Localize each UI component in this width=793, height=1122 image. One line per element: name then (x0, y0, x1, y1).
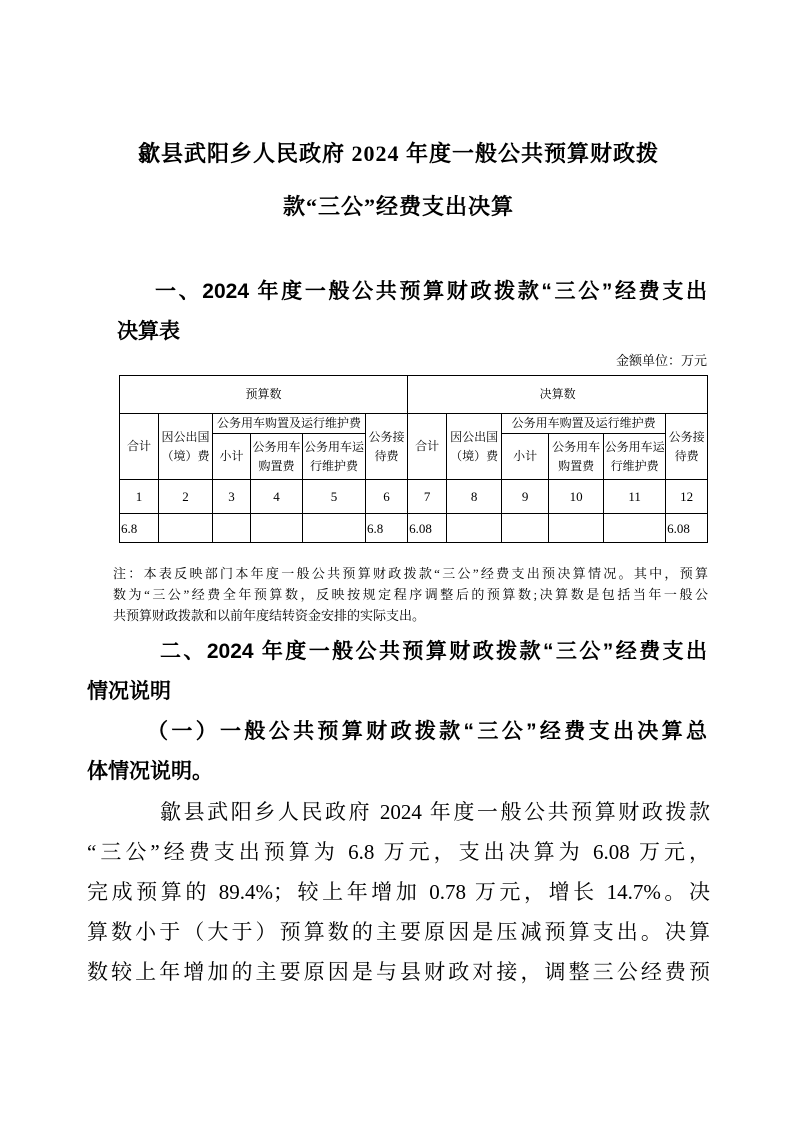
section1-heading-line-2: 决算表 (117, 312, 707, 352)
table-column-number-row: 1 2 3 4 5 6 7 8 9 10 11 12 (120, 480, 708, 514)
section1-heading-line-1: 一、2024 年度一般公共预算财政拨款“三公”经费支出 (117, 272, 707, 312)
header-budget-total: 合计 (120, 414, 159, 480)
section2-heading-line-1: 二、2024 年度一般公共预算财政拨款“三公”经费支出 (87, 632, 707, 672)
group-header-budget: 预算数 (120, 376, 408, 414)
document-title: 歙县武阳乡人民政府 2024 年度一般公共预算财政拨 款“三公”经费支出决算 (87, 127, 710, 233)
column-number: 3 (213, 480, 251, 514)
paragraph-line: “三公”经费支出预算为 6.8 万元，支出决算为 6.08 万元， (87, 832, 710, 872)
header-final-vehicle-maintenance: 公务用车运行维护费 (604, 434, 666, 480)
header-budget-vehicle-purchase: 公务用车购置费 (251, 434, 303, 480)
document-page: 歙县武阳乡人民政府 2024 年度一般公共预算财政拨 款“三公”经费支出决算 一… (0, 0, 793, 1122)
table-wrap: 预算数 决算数 合计 因公出国（境）费 公务用车购置及运行维护费 公务接待费 合… (119, 375, 708, 543)
header-final-vehicle-purchase: 公务用车购置费 (549, 434, 604, 480)
value-final-vehicle-subtotal (502, 514, 549, 543)
section2-heading-line-2: 情况说明 (87, 672, 707, 712)
header-final-reception: 公务接待费 (666, 414, 708, 480)
group-header-final: 决算数 (408, 376, 708, 414)
column-number: 12 (666, 480, 708, 514)
value-final-abroad (447, 514, 502, 543)
subsection1-heading: （一）一般公共预算财政拨款“三公”经费支出决算总 体情况说明。 (87, 712, 707, 792)
table-note: 注：本表反映部门本年度一般公共预算财政拨款“三公”经费支出预决算情况。其中，预算… (113, 563, 708, 626)
table-note-line-2: 数为“三公”经费全年预算数，反映按规定程序调整后的预算数;决算数是包括当年一般公 (113, 584, 708, 605)
value-final-total: 6.08 (408, 514, 447, 543)
table-header-row-1: 合计 因公出国（境）费 公务用车购置及运行维护费 公务接待费 合计 因公出国（境… (120, 414, 708, 434)
column-number: 2 (159, 480, 213, 514)
value-final-vehicle-maintenance (604, 514, 666, 543)
column-number: 7 (408, 480, 447, 514)
column-number: 10 (549, 480, 604, 514)
subsection1-heading-line-2: 体情况说明。 (87, 752, 707, 792)
value-budget-vehicle-purchase (251, 514, 303, 543)
column-number: 9 (502, 480, 549, 514)
value-final-vehicle-purchase (549, 514, 604, 543)
column-number: 5 (303, 480, 366, 514)
section2-heading: 二、2024 年度一般公共预算财政拨款“三公”经费支出 情况说明 (87, 632, 707, 712)
value-budget-vehicle-maintenance (303, 514, 366, 543)
header-final-vehicle-subtotal: 小计 (502, 434, 549, 480)
value-budget-reception: 6.8 (366, 514, 408, 543)
column-number: 4 (251, 480, 303, 514)
column-number: 11 (604, 480, 666, 514)
value-budget-total: 6.8 (120, 514, 159, 543)
value-final-reception: 6.08 (666, 514, 708, 543)
table-value-row: 6.8 6.8 6.08 6.08 (120, 514, 708, 543)
header-budget-reception: 公务接待费 (366, 414, 408, 480)
header-budget-vehicle-subtotal: 小计 (213, 434, 251, 480)
document-title-line-2: 款“三公”经费支出决算 (87, 180, 710, 233)
header-budget-vehicle-maintenance: 公务用车运行维护费 (303, 434, 366, 480)
paragraph-line: 完成预算的 89.4%；较上年增加 0.78 万元，增长 14.7%。决 (87, 872, 710, 912)
header-budget-abroad: 因公出国（境）费 (159, 414, 213, 480)
body-paragraph: 歙县武阳乡人民政府 2024 年度一般公共预算财政拨款 “三公”经费支出预算为 … (87, 792, 710, 992)
table-note-line-3: 共预算财政拨款和以前年度结转资金安排的实际支出。 (113, 605, 708, 626)
header-budget-vehicle-group: 公务用车购置及运行维护费 (213, 414, 366, 434)
table-note-line-1: 注：本表反映部门本年度一般公共预算财政拨款“三公”经费支出预决算情况。其中，预算 (113, 563, 708, 584)
value-budget-abroad (159, 514, 213, 543)
budget-table: 预算数 决算数 合计 因公出国（境）费 公务用车购置及运行维护费 公务接待费 合… (119, 375, 708, 543)
header-final-abroad: 因公出国（境）费 (447, 414, 502, 480)
paragraph-line: 数较上年增加的主要原因是与县财政对接，调整三公经费预 (87, 952, 710, 992)
header-final-vehicle-group: 公务用车购置及运行维护费 (502, 414, 666, 434)
header-final-total: 合计 (408, 414, 447, 480)
paragraph-line: 算数小于（大于）预算数的主要原因是压减预算支出。决算 (87, 912, 710, 952)
section1-heading: 一、2024 年度一般公共预算财政拨款“三公”经费支出 决算表 (117, 272, 707, 352)
document-title-line-1: 歙县武阳乡人民政府 2024 年度一般公共预算财政拨 (87, 127, 710, 180)
column-number: 6 (366, 480, 408, 514)
subsection1-heading-line-1: （一）一般公共预算财政拨款“三公”经费支出决算总 (87, 712, 707, 752)
amount-unit-label: 金额单位：万元 (119, 351, 707, 371)
table-group-header-row: 预算数 决算数 (120, 376, 708, 414)
paragraph-line: 歙县武阳乡人民政府 2024 年度一般公共预算财政拨款 (87, 792, 710, 832)
column-number: 1 (120, 480, 159, 514)
column-number: 8 (447, 480, 502, 514)
value-budget-vehicle-subtotal (213, 514, 251, 543)
